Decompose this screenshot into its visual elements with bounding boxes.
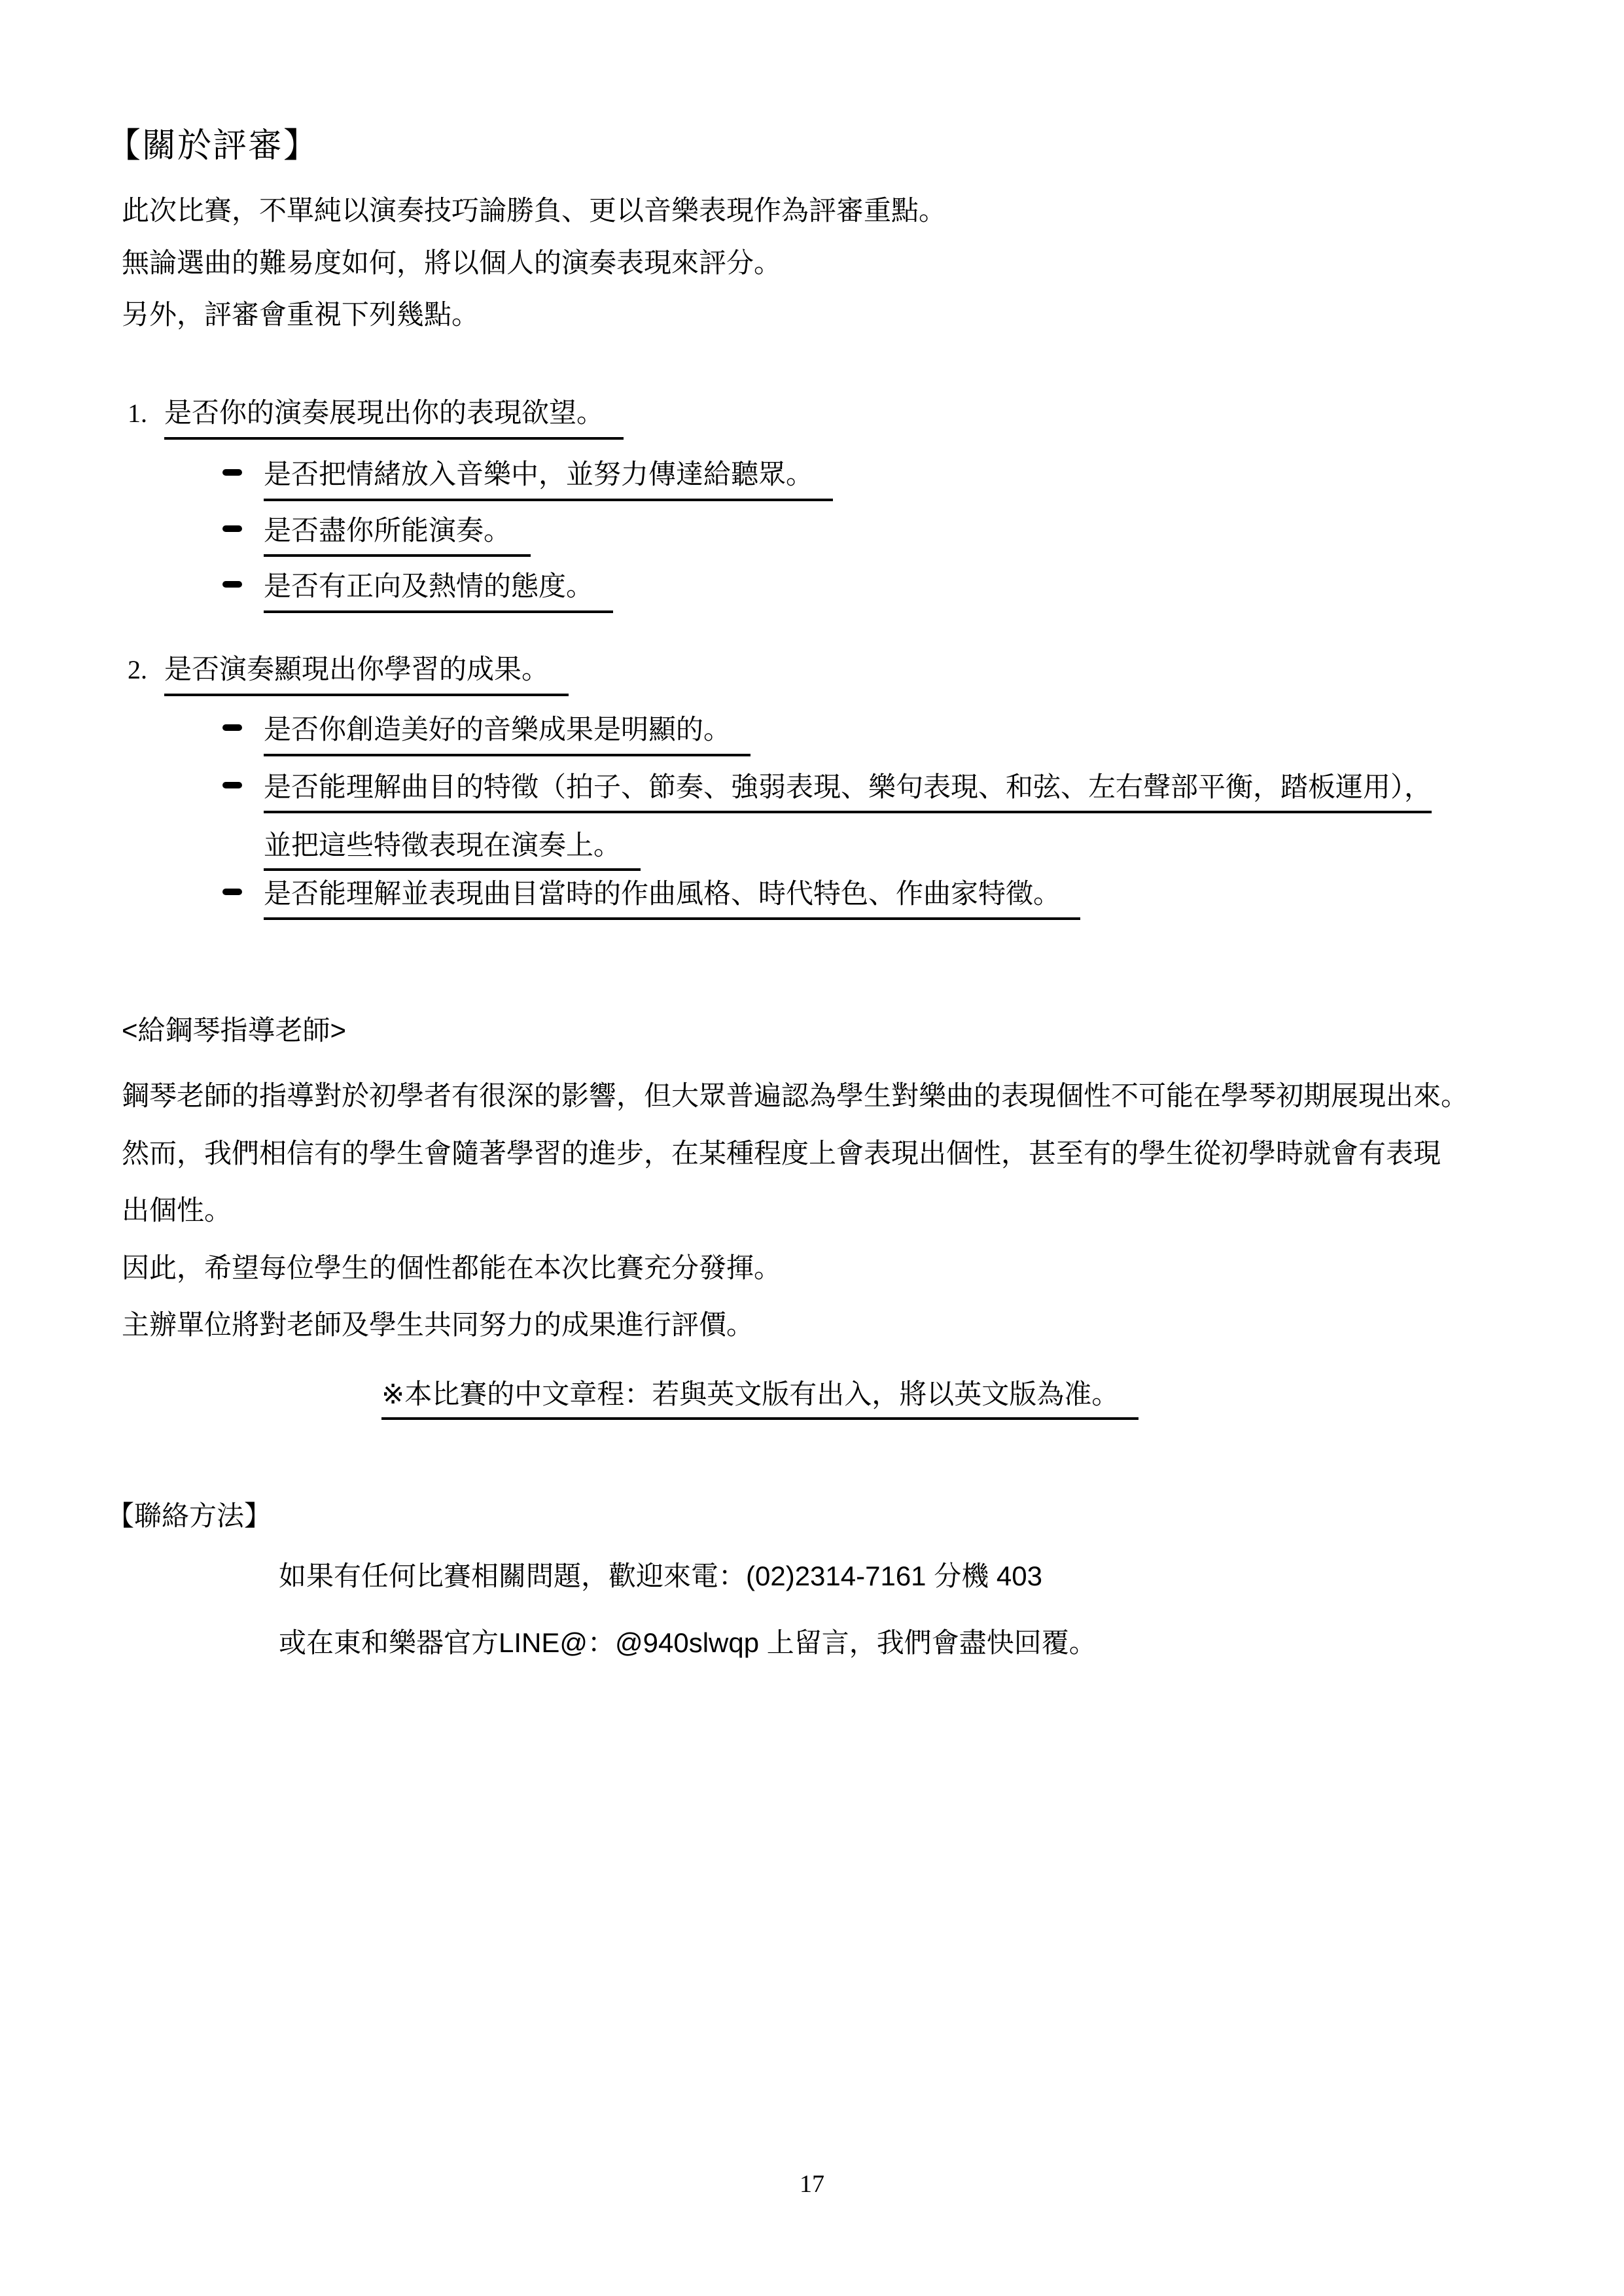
bullet-text: 是否你創造美好的音樂成果是明顯的。 <box>264 713 750 756</box>
bullet-item: 是否把情緒放入音樂中，並努力傳達給聽眾。 <box>222 458 833 501</box>
intro-line: 此次比賽，不單純以演奏技巧論勝負、更以音樂表現作為評審重點。 <box>122 194 946 227</box>
contact-line-phone: 如果有任何比賽相關問題，歡迎來電：(02)2314-7161 分機 403 <box>279 1560 1042 1593</box>
criteria-item: 1. 是否你的演奏展現出你的表現欲望。 <box>128 397 624 440</box>
teacher-note-line: 主辦單位將對老師及學生共同努力的成果進行評價。 <box>122 1309 1468 1341</box>
criteria-item-number: 2. <box>128 654 147 685</box>
intro-line: 無論選曲的難易度如何，將以個人的演奏表現來評分。 <box>122 247 946 279</box>
page-number: 17 <box>0 2170 1624 2199</box>
disclaimer-text: ※本比賽的中文章程：若與英文版有出入，將以英文版為准。 <box>381 1379 1139 1420</box>
bullet-item: 是否有正向及熱情的態度。 <box>222 570 833 613</box>
teacher-note-line: 然而，我們相信有的學生會隨著學習的進步，在某種程度上會表現出個性，甚至有的學生從… <box>122 1137 1468 1170</box>
bullet-item: 是否能理解曲目的特徵（拍子、節奏、強弱表現、樂句表現、和弦、左右聲部平衡，踏板運… <box>222 771 1432 862</box>
disclaimer-note: ※本比賽的中文章程：若與英文版有出入，將以英文版為准。 <box>381 1378 1139 1411</box>
criteria-item-heading: 是否你的演奏展現出你的表現欲望。 <box>164 397 624 440</box>
contact-section-title: 【聯絡方法】 <box>107 1500 272 1532</box>
bullet-text: 並把這些特徵表現在演奏上。 <box>264 830 641 871</box>
criteria-item-number: 1. <box>128 398 147 429</box>
bullet-continuation-line: 並把這些特徵表現在演奏上。 <box>264 829 1432 862</box>
bullet-text: 是否盡你所能演奏。 <box>264 514 531 557</box>
bullet-list: 是否你創造美好的音樂成果是明顯的。 是否能理解曲目的特徵（拍子、節奏、強弱表現、… <box>222 713 1432 920</box>
bullet-text: 是否能理解並表現曲目當時的作曲風格、時代特色、作曲家特徵。 <box>264 877 1080 921</box>
teacher-note-paragraph: 鋼琴老師的指導對於初學者有很深的影響，但大眾普遍認為學生對樂曲的表現個性不可能在… <box>122 1080 1468 1341</box>
document-page: 【關於評審】 此次比賽，不單純以演奏技巧論勝負、更以音樂表現作為評審重點。 無論… <box>0 0 1624 2296</box>
dash-bullet-icon <box>222 724 242 731</box>
dash-bullet-icon <box>222 469 242 476</box>
teacher-note-line: 出個性。 <box>122 1194 1468 1227</box>
dash-bullet-icon <box>222 581 242 588</box>
bullet-item: 是否能理解並表現曲目當時的作曲風格、時代特色、作曲家特徵。 <box>222 877 1432 921</box>
judging-section-title: 【關於評審】 <box>107 129 319 163</box>
bullet-text: 是否能理解曲目的特徵（拍子、節奏、強弱表現、樂句表現、和弦、左右聲部平衡，踏板運… <box>264 771 1432 814</box>
criteria-item-heading: 是否演奏顯現出你學習的成果。 <box>164 653 569 696</box>
bullet-list: 是否把情緒放入音樂中，並努力傳達給聽眾。 是否盡你所能演奏。 是否有正向及熱情的… <box>222 458 833 613</box>
intro-line: 另外，評審會重視下列幾點。 <box>122 298 946 331</box>
bullet-text: 是否有正向及熱情的態度。 <box>264 570 613 613</box>
dash-bullet-icon <box>222 525 242 532</box>
dash-bullet-icon <box>222 782 242 788</box>
criteria-item: 2. 是否演奏顯現出你學習的成果。 <box>128 653 569 696</box>
teacher-note-heading: <給鋼琴指導老師> <box>122 1014 346 1047</box>
teacher-note-line: 因此，希望每位學生的個性都能在本次比賽充分發揮。 <box>122 1252 1468 1284</box>
bullet-text: 是否把情緒放入音樂中，並努力傳達給聽眾。 <box>264 458 833 501</box>
bullet-item: 是否盡你所能演奏。 <box>222 514 833 557</box>
contact-line-line-app: 或在東和樂器官方LINE@：@940slwqp 上留言，我們會盡快回覆。 <box>279 1627 1097 1659</box>
intro-paragraph: 此次比賽，不單純以演奏技巧論勝負、更以音樂表現作為評審重點。 無論選曲的難易度如… <box>122 194 946 331</box>
dash-bullet-icon <box>222 889 242 895</box>
bullet-item: 是否你創造美好的音樂成果是明顯的。 <box>222 713 1432 756</box>
bullet-line: 是否能理解曲目的特徵（拍子、節奏、強弱表現、樂句表現、和弦、左右聲部平衡，踏板運… <box>222 771 1432 814</box>
teacher-note-line: 鋼琴老師的指導對於初學者有很深的影響，但大眾普遍認為學生對樂曲的表現個性不可能在… <box>122 1080 1468 1112</box>
